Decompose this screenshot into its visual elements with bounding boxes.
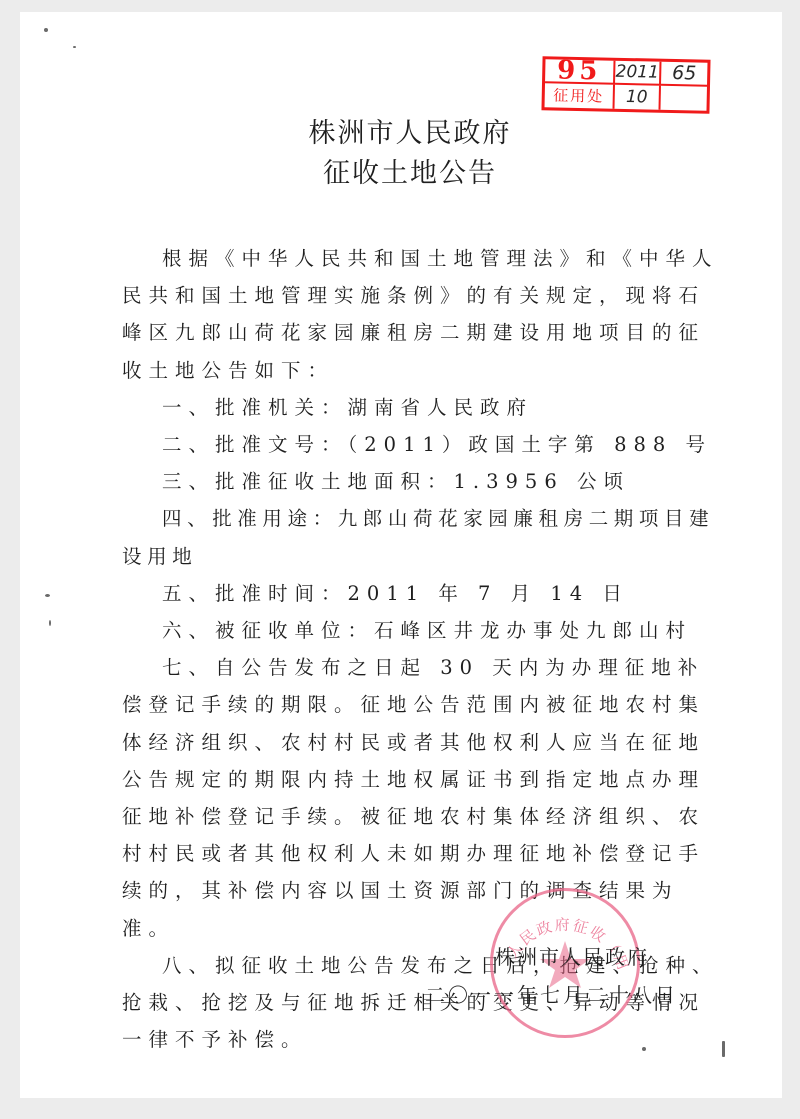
item-expropriated-unit: 六、被征收单位：石峰区井龙办事处九郎山村 (122, 612, 722, 649)
stamp-month: 10 (626, 89, 648, 106)
issue-date: 二〇一一年七月二十八日 (425, 985, 678, 1005)
issuer-title: 株洲市人民政府 (10, 120, 800, 147)
scan-speck (73, 46, 76, 48)
signatory: 株洲市人民政府 (495, 947, 649, 967)
item-value: 石峰区井龙办事处九郎山村 (374, 619, 692, 642)
stamp-year: 2011 (615, 63, 659, 81)
stamp-serial-cell: 65 (661, 62, 707, 87)
item-approved-use: 四、批准用途：九郎山荷花家园廉租房二期项目建设用地 (122, 500, 722, 574)
item-label: 五、批准时间： (162, 582, 348, 605)
item-label: 一、批准机关： (162, 396, 348, 419)
registration-stamp: 95 2011 65 征用处 10 (541, 56, 710, 114)
stamp-number-cell: 95 (545, 59, 615, 84)
item-value: 2011 年 7 月 14 日 (348, 582, 629, 605)
item-label: 四、批准用途： (162, 507, 338, 530)
item-value: 1.3956 公顷 (454, 470, 630, 493)
scan-speck (45, 594, 50, 597)
scan-speck (49, 620, 51, 626)
notice-title: 征收土地公告 (10, 160, 800, 187)
item-land-area: 三、批准征收土地面积：1.3956 公顷 (122, 463, 722, 500)
item-label: 二、批准文号： (162, 433, 348, 456)
item-approval-document: 二、批准文号：（2011）政国土字第 888 号 (122, 426, 722, 463)
item-label: 六、被征收单位： (162, 619, 374, 642)
stamp-year-cell: 2011 (615, 61, 661, 86)
intro-paragraph: 根据《中华人民共和国土地管理法》和《中华人民共和国土地管理实施条例》的有关规定，… (122, 240, 722, 389)
item-approving-authority: 一、批准机关：湖南省人民政府 (122, 389, 722, 426)
scan-speck (44, 28, 48, 32)
stamp-serial: 65 (672, 63, 697, 83)
stamp-number: 95 (557, 59, 602, 84)
item-approval-date: 五、批准时间：2011 年 7 月 14 日 (122, 575, 722, 612)
item-label: 三、批准征收土地面积： (162, 470, 454, 493)
item-value: （2011）政国土字第 888 号 (348, 433, 713, 456)
stamp-department-cell: 征用处 (545, 83, 615, 108)
stamp-department: 征用处 (553, 88, 604, 104)
stamp-month-cell: 10 (614, 85, 660, 110)
stamp-empty-cell (660, 86, 706, 111)
item-value: 湖南省人民政府 (348, 396, 534, 419)
scan-speck (722, 1041, 725, 1057)
